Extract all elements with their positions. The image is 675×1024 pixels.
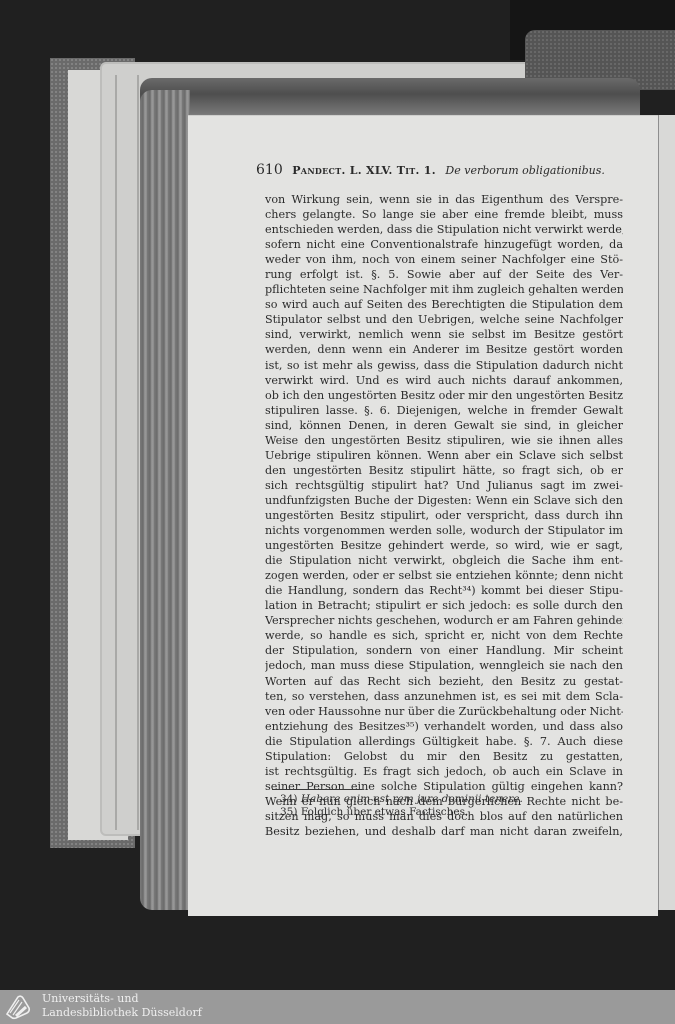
text-line: stipuliren lasse. §. 6. Diejenigen, welc… — [265, 403, 623, 418]
text-line: Weise den ungestörten Besitz stipuliren,… — [265, 433, 623, 448]
footnotes: 34) Habere enim est rem jure dominii ten… — [280, 793, 523, 819]
page-number: 610 — [256, 162, 283, 178]
footnote-34: 34) Habere enim est rem jure dominii ten… — [280, 793, 523, 806]
text-line: ob ich den ungestörten Besitz oder mir d… — [265, 388, 623, 403]
text-line: ten, so verstehen, dass anzunehmen ist, … — [265, 689, 623, 704]
text-line: werde, so handle es sich, spricht er, ni… — [265, 628, 623, 643]
library-name[interactable]: Universitäts- und Landesbibliothek Düsse… — [42, 992, 202, 1020]
text-line: sind, können Denen, in deren Gewalt sie … — [265, 418, 623, 433]
text-line: zogen werden, oder er selbst sie entzieh… — [265, 568, 623, 583]
page-stack-left-edge — [140, 90, 190, 910]
page-stack-top-edge — [140, 78, 640, 118]
text-line: Versprecher nichts geschehen, wodurch er… — [265, 613, 623, 628]
text-line: weder von ihm, noch von einem seiner Nac… — [265, 252, 623, 267]
text-line: sind, verwirkt, nemlich wenn sie selbst … — [265, 327, 623, 342]
footnote-marker: 35) — [280, 806, 297, 818]
text-line: nichts vorgenommen werden solle, wodurch… — [265, 523, 623, 538]
text-line: ungestörten Besitz stipulirt, oder versp… — [265, 508, 623, 523]
text-line: entschieden werden, dass die Stipulation… — [265, 222, 623, 237]
body-text: von Wirkung sein, wenn sie in das Eigent… — [265, 192, 623, 839]
back-pages-edge — [115, 75, 139, 830]
text-line: die Stipulation nicht verwirkt, obgleich… — [265, 553, 623, 568]
text-line: der Stipulation, sondern von einer Handl… — [265, 643, 623, 658]
text-line: chers gelangte. So lange sie aber eine f… — [265, 207, 623, 222]
text-line: werden, denn wenn ein Anderer im Besitze… — [265, 342, 623, 357]
text-line: Stipulator selbst und den Uebrigen, welc… — [265, 312, 623, 327]
facing-page-edge — [658, 115, 675, 910]
text-line: Stipulation: Gelobst du mir den Besitz z… — [265, 749, 623, 764]
text-line: sofern nicht eine Conventionalstrafe hin… — [265, 237, 623, 252]
footnote-35: 35) Folglich über etwas Factisches. — [280, 806, 523, 819]
text-line: die Handlung, sondern das Recht³⁴) kommt… — [265, 583, 623, 598]
text-line: jedoch, man muss diese Stipulation, wenn… — [265, 658, 623, 673]
text-line: Worten auf das Recht sich bezieht, den B… — [265, 674, 623, 689]
text-line: sich rechtsgültig stipulirt hat? Und Jul… — [265, 478, 623, 493]
footnote-marker: 34) — [280, 793, 297, 805]
text-line: ist rechtsgültig. Es fragt sich jedoch, … — [265, 764, 623, 779]
text-line: lation in Betracht; stipulirt er sich je… — [265, 598, 623, 613]
footnote-rule — [272, 789, 362, 790]
text-line: die Stipulation allerdings Gültigkeit ha… — [265, 734, 623, 749]
footnote-text: Habere enim est rem jure dominii tenere. — [301, 793, 523, 805]
text-line: ungestörten Besitze gehindert werde, so … — [265, 538, 623, 553]
text-line: ven oder Haussohne nur über die Zurückbe… — [265, 704, 623, 719]
text-line: undfunfzigsten Buche der Digesten: Wenn … — [265, 493, 623, 508]
text-line: Besitz beziehen, und deshalb darf man ni… — [265, 824, 623, 839]
library-name-line2: Landesbibliothek Düsseldorf — [42, 1006, 202, 1020]
running-head-subtitle: De verborum obligationibus. — [445, 164, 604, 177]
text-line: den ungestörten Besitz stipulirt hätte, … — [265, 463, 623, 478]
text-line: pflichteten seine Nachfolger mit ihm zug… — [265, 282, 623, 297]
text-line: entziehung des Besitzes³⁵) verhandelt wo… — [265, 719, 623, 734]
library-name-line1: Universitäts- und — [42, 992, 202, 1006]
running-head: 610 Pandect. L. XLV. Tit. 1. De verborum… — [256, 162, 626, 178]
text-line: rung erfolgt ist. §. 5. Sowie aber auf d… — [265, 267, 623, 282]
text-line: von Wirkung sein, wenn sie in das Eigent… — [265, 192, 623, 207]
running-head-title: Pandect. L. XLV. Tit. 1. — [292, 164, 436, 177]
text-line: so wird auch auf Seiten des Berechtigten… — [265, 297, 623, 312]
footnote-text: Folglich über etwas Factisches. — [301, 806, 469, 818]
book-logo-icon[interactable] — [4, 994, 32, 1020]
text-line: ist, so ist mehr als gewiss, dass die St… — [265, 358, 623, 373]
text-line: verwirkt wird. Und es wird auch nichts d… — [265, 373, 623, 388]
text-line: Uebrige stipuliren können. Wenn aber ein… — [265, 448, 623, 463]
text-line: seiner Person eine solche Stipulation gü… — [265, 779, 623, 794]
